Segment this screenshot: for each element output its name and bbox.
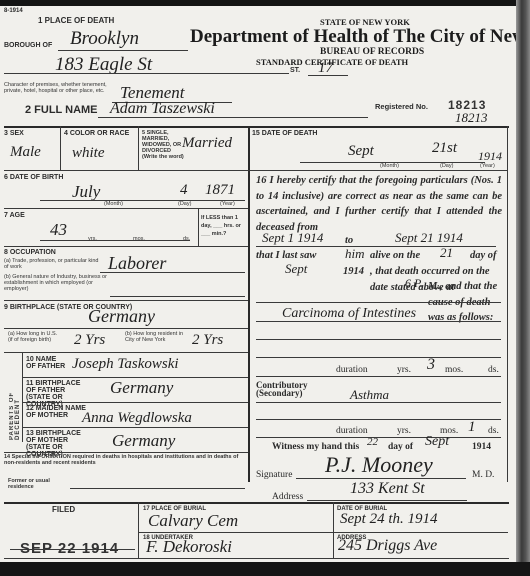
date-of-death-label: 15 DATE OF DEATH xyxy=(252,130,317,137)
former-residence-label: Former or usual residence xyxy=(8,478,63,490)
cause-line-2 xyxy=(256,339,501,340)
dob-month: July xyxy=(72,182,100,202)
row-divider-7 xyxy=(4,452,248,453)
color-label: 4 COLOR OR RACE xyxy=(64,130,129,137)
attended-to: Sept 21 1914 xyxy=(395,230,463,246)
row-divider-4 xyxy=(4,300,248,301)
age-label: 7 AGE xyxy=(4,212,25,219)
ward-line xyxy=(308,75,348,76)
age-yrs: yrs. xyxy=(88,236,97,242)
filing-divider-1 xyxy=(138,502,139,558)
father-birthplace-value: Germany xyxy=(110,378,173,398)
row-divider-2 xyxy=(4,208,248,209)
us-label: (a) How long in U.S. (if of foreign birt… xyxy=(8,331,58,343)
duration-yrs: yrs. xyxy=(397,365,411,375)
nyc-value: 2 Yrs xyxy=(192,332,223,349)
mother-value: Anna Wegdlowska xyxy=(82,410,192,427)
mother-birthplace-value: Germany xyxy=(112,431,175,451)
witness-month: Sept xyxy=(425,434,449,450)
death-day-caption: (Day) xyxy=(440,163,453,169)
cause-line-3 xyxy=(256,357,501,358)
contributory-value: Asthma xyxy=(350,387,389,403)
contrib-duration-line xyxy=(256,437,501,438)
attended-from: Sept 1 1914 xyxy=(262,230,323,246)
special-info-label: 14 Special INFORMATION required in death… xyxy=(4,454,244,466)
contributory-line-2 xyxy=(256,419,501,420)
contrib-duration-label: duration xyxy=(336,426,368,436)
borough-label: BOROUGH OF xyxy=(4,42,52,49)
signature-line xyxy=(296,478,466,479)
witness-lead: Witness my hand this xyxy=(272,442,359,452)
burial-place-value: Calvary Cem xyxy=(148,511,238,531)
scan-right-edge xyxy=(516,0,530,576)
death-year-caption: (Year) xyxy=(480,163,495,169)
scan-bottom-border xyxy=(0,562,530,576)
dob-day-caption: (Day) xyxy=(178,201,191,207)
registered-no-handwritten: 18213 xyxy=(455,110,488,126)
attended-line xyxy=(256,246,496,247)
dob-year: 1871 xyxy=(205,182,235,199)
burial-date-value: Sept 24 th. 1914 xyxy=(340,511,438,528)
dob-day: 4 xyxy=(180,182,188,199)
sex-divider xyxy=(60,126,61,170)
department-title: Department of Health of The City of New … xyxy=(190,26,530,48)
last-saw-value: him xyxy=(345,246,365,262)
certification-lead: 16 I hereby certify that the foregoing p… xyxy=(256,175,502,233)
signature-label: Signature xyxy=(256,470,292,480)
borough-line xyxy=(58,50,188,51)
duration-label: duration xyxy=(336,365,368,375)
age-divider xyxy=(198,208,199,246)
mother-line xyxy=(22,427,248,428)
less-than-label: If LESS than 1 day, ___ hrs. or ___ min.… xyxy=(201,214,247,238)
frame-top xyxy=(4,126,509,128)
registered-no-label: Registered No. xyxy=(375,103,428,110)
certification-text: 16 I hereby certify that the foregoing p… xyxy=(256,173,502,235)
duration-ds: ds. xyxy=(488,365,499,375)
nyc-label: (b) How long resident in City of New Yor… xyxy=(125,331,190,343)
contributory-line-1 xyxy=(256,402,501,403)
last-year: 1914 xyxy=(343,264,364,280)
witness-day-of: day of xyxy=(388,442,413,452)
contrib-duration-ds: ds. xyxy=(488,426,499,436)
age-line xyxy=(40,240,190,241)
undertaker-value: F. Dekoroski xyxy=(146,537,232,557)
color-divider xyxy=(138,126,139,170)
filed-label: FILED xyxy=(52,506,75,513)
marital-value: Married xyxy=(182,135,232,152)
row-divider-5 xyxy=(4,328,248,329)
duration-line xyxy=(256,376,501,377)
parents-divider xyxy=(22,352,23,442)
undertaker-address-value: 245 Driggs Ave xyxy=(338,537,437,555)
sex-label: 3 SEX xyxy=(4,130,24,137)
death-day: 21st xyxy=(432,140,457,157)
contrib-duration-yrs: yrs. xyxy=(397,426,411,436)
filing-divider-2 xyxy=(333,502,334,558)
marital-label: 5 SINGLE, MARRIED, WIDOWED, OR DIVORCED … xyxy=(142,130,184,160)
md-label: M. D. xyxy=(472,470,494,480)
father-label: 10 NAME OF FATHER xyxy=(26,356,66,370)
father-value: Joseph Taskowski xyxy=(72,356,179,373)
street-line xyxy=(4,73,289,74)
last-day: 21 xyxy=(440,245,453,261)
death-time: 6 P. xyxy=(405,276,423,291)
occupation-b-line xyxy=(110,296,245,297)
frame-right xyxy=(507,126,508,482)
occupation-label: 8 OCCUPATION xyxy=(4,249,56,256)
death-certificate: 8-1914 1 PLACE OF DEATH STATE OF NEW YOR… xyxy=(0,6,517,562)
address-value: 133 Kent St xyxy=(350,480,425,498)
right-divider-1 xyxy=(248,170,508,171)
filing-bottom-line xyxy=(4,558,509,559)
bureau-label: BUREAU OF RECORDS xyxy=(320,47,424,57)
character-label: Character of premises, whether tenement,… xyxy=(4,82,112,94)
center-divider xyxy=(248,126,250,482)
duration-mos: mos. xyxy=(445,365,463,375)
full-name-line xyxy=(98,117,368,118)
place-of-death-label: 1 PLACE OF DEATH xyxy=(38,17,114,24)
age-mos: mos. xyxy=(133,236,145,242)
borough-value: Brooklyn xyxy=(70,28,139,50)
last-month: Sept xyxy=(285,261,307,277)
birthplace-value: Germany xyxy=(88,306,155,327)
witness-year: 1914 xyxy=(472,442,491,452)
us-value: 2 Yrs xyxy=(74,332,105,349)
dob-year-caption: (Year) xyxy=(220,201,235,207)
row-divider-6 xyxy=(4,352,248,353)
address-line xyxy=(307,500,467,501)
father-birthplace-line xyxy=(22,402,248,403)
dob-label: 6 DATE OF BIRTH xyxy=(4,174,63,181)
full-name-label: 2 FULL NAME xyxy=(25,105,98,116)
st-label: St. xyxy=(290,67,300,74)
contrib-duration-ds-value: 1 xyxy=(468,419,476,436)
cause-value: Carcinoma of Intestines xyxy=(282,306,416,322)
age-value: 43 xyxy=(50,220,67,240)
occupation-b-label: (b) General nature of Industry, business… xyxy=(4,274,109,292)
color-value: white xyxy=(72,145,105,162)
death-month-caption: (Month) xyxy=(380,163,399,169)
day-of-text: day of xyxy=(470,248,497,264)
dob-month-caption: (Month) xyxy=(104,201,123,207)
occupation-a-label: (a) Trade, profession, or particular kin… xyxy=(4,258,99,270)
form-code: 8-1914 xyxy=(4,8,23,15)
burial-line xyxy=(138,532,508,533)
duration-mos-value: 3 xyxy=(427,356,435,374)
filed-line xyxy=(10,549,135,550)
address-label: Address xyxy=(272,492,303,502)
contributory-label: Contributory (Secondary) xyxy=(256,381,316,397)
row-divider-3 xyxy=(4,246,248,247)
parents-side-label: PARENTS OF DECEDENT xyxy=(9,358,21,440)
former-residence-line xyxy=(70,488,245,489)
age-ds: ds. xyxy=(183,236,190,242)
filing-top-line xyxy=(4,502,509,504)
full-name-value: Adam Taszewski xyxy=(110,100,215,118)
occupation-a-value: Laborer xyxy=(108,253,166,274)
father-birthplace-label: 11 BIRTHPLACE OF FATHER (State or countr… xyxy=(26,380,91,408)
sex-value: Male xyxy=(10,144,41,161)
dob-line xyxy=(40,200,245,201)
death-month: Sept xyxy=(348,143,374,160)
occupation-a-line xyxy=(100,272,245,273)
cause-line-1 xyxy=(256,321,501,322)
signature-value: P.J. Mooney xyxy=(325,452,433,478)
row-divider-1 xyxy=(4,170,248,171)
alive-on-text: alive on the xyxy=(370,248,420,264)
cause-line-0 xyxy=(256,302,501,303)
witness-day: 22 xyxy=(367,436,378,448)
